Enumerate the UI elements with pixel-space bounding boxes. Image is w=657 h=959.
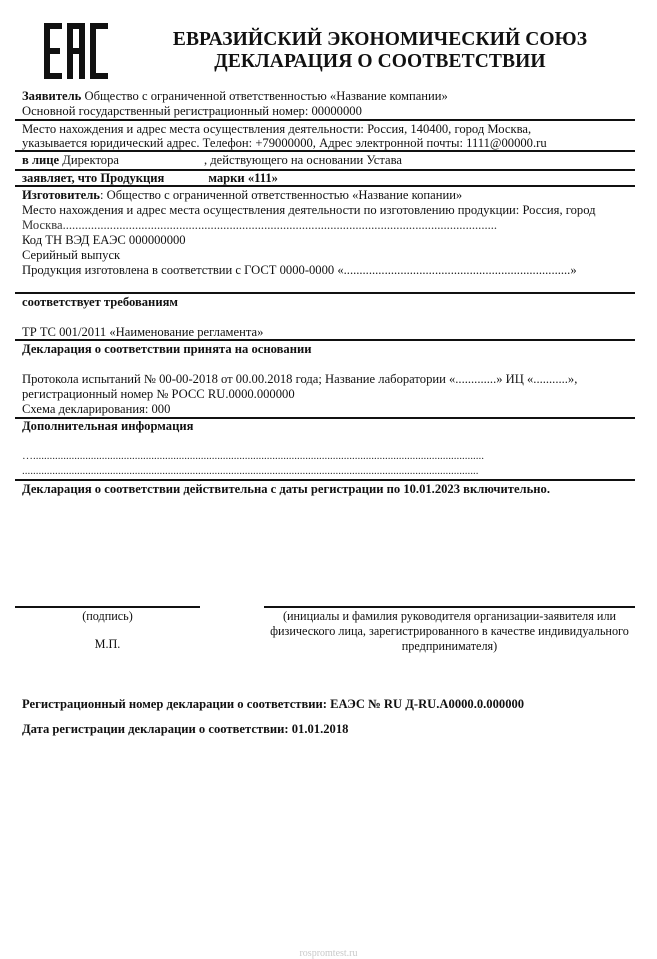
name-line bbox=[264, 606, 635, 608]
person-label: в лице bbox=[22, 153, 59, 167]
person-basis: , действующего на основании Устава bbox=[204, 153, 402, 167]
declares-label: заявляет, что Продукция bbox=[22, 171, 164, 185]
manufacturer-row: Изготовитель: Общество с ограниченной от… bbox=[22, 188, 462, 203]
signature-caption: (подпись) bbox=[15, 609, 200, 624]
applicant-address-line1: Место нахождения и адрес места осуществл… bbox=[22, 122, 531, 137]
validity: Декларация о соответствии действительна … bbox=[22, 482, 550, 497]
person-value: Директора bbox=[59, 153, 119, 167]
divider bbox=[15, 119, 635, 121]
union-title: ЕВРАЗИЙСКИЙ ЭКОНОМИЧЕСКИЙ СОЮЗ bbox=[150, 29, 610, 51]
signature-line bbox=[15, 606, 200, 608]
manufacturer-label: Изготовитель bbox=[22, 188, 100, 202]
declaration-title: ДЕКЛАРАЦИЯ О СООТВЕТСТВИИ bbox=[150, 51, 610, 73]
release-type: Серийный выпуск bbox=[22, 248, 120, 263]
manufacturer-address-line2: Москва..................................… bbox=[22, 218, 497, 233]
divider bbox=[15, 150, 635, 152]
eac-logo-icon bbox=[44, 23, 108, 79]
additional-line2: ........................................… bbox=[22, 464, 479, 479]
additional-line1: ….......................................… bbox=[22, 449, 484, 464]
hs-code: Код ТН ВЭД ЕАЭС 000000000 bbox=[22, 233, 186, 248]
name-caption-line2: физического лица, зарегистрированного в … bbox=[264, 624, 635, 639]
regulation: ТР ТС 001/2011 «Наименование регламента» bbox=[22, 325, 263, 340]
divider bbox=[15, 292, 635, 294]
manufacturer-address-line1: Место нахождения и адрес места осуществл… bbox=[22, 203, 596, 218]
divider bbox=[15, 339, 635, 341]
applicant-address-line2: указывается юридический адрес. Телефон: … bbox=[22, 136, 547, 151]
basis-label: Декларация о соответствии принята на осн… bbox=[22, 342, 311, 357]
basis-line1: Протокола испытаний № 00-00-2018 от 00.0… bbox=[22, 372, 577, 387]
declaration-scheme: Схема декларирования: 000 bbox=[22, 402, 170, 417]
manufacturer-name: : Общество с ограниченной ответственност… bbox=[100, 188, 462, 202]
product-row: заявляет, что Продукциямарки «111» bbox=[22, 171, 278, 186]
conformity-label: соответствует требованиям bbox=[22, 295, 178, 310]
applicant-row: Заявитель Общество с ограниченной ответс… bbox=[22, 89, 448, 104]
name-caption-line1: (инициалы и фамилия руководителя организ… bbox=[264, 609, 635, 624]
divider bbox=[15, 185, 635, 187]
name-caption-line3: предпринимателя) bbox=[264, 639, 635, 654]
registration-number: Регистрационный номер декларации о соотв… bbox=[22, 697, 524, 712]
basis-line2: регистрационный номер № РОСС RU.0000.000… bbox=[22, 387, 295, 402]
applicant-name: Общество с ограниченной ответственностью… bbox=[81, 89, 448, 103]
brand-label: марки «111» bbox=[208, 171, 278, 185]
applicant-label: Заявитель bbox=[22, 89, 81, 103]
divider bbox=[15, 479, 635, 481]
name-caption: (инициалы и фамилия руководителя организ… bbox=[264, 609, 635, 654]
standard: Продукция изготовлена в соответствии с Г… bbox=[22, 263, 577, 278]
watermark: rospromtest.ru bbox=[0, 948, 657, 959]
applicant-person-row: в лице Директора, действующего на основа… bbox=[22, 153, 402, 168]
applicant-ogrn: Основной государственный регистрационный… bbox=[22, 104, 362, 119]
stamp-caption: М.П. bbox=[15, 637, 200, 652]
registration-date: Дата регистрации декларации о соответств… bbox=[22, 722, 348, 737]
additional-label: Дополнительная информация bbox=[22, 419, 193, 434]
